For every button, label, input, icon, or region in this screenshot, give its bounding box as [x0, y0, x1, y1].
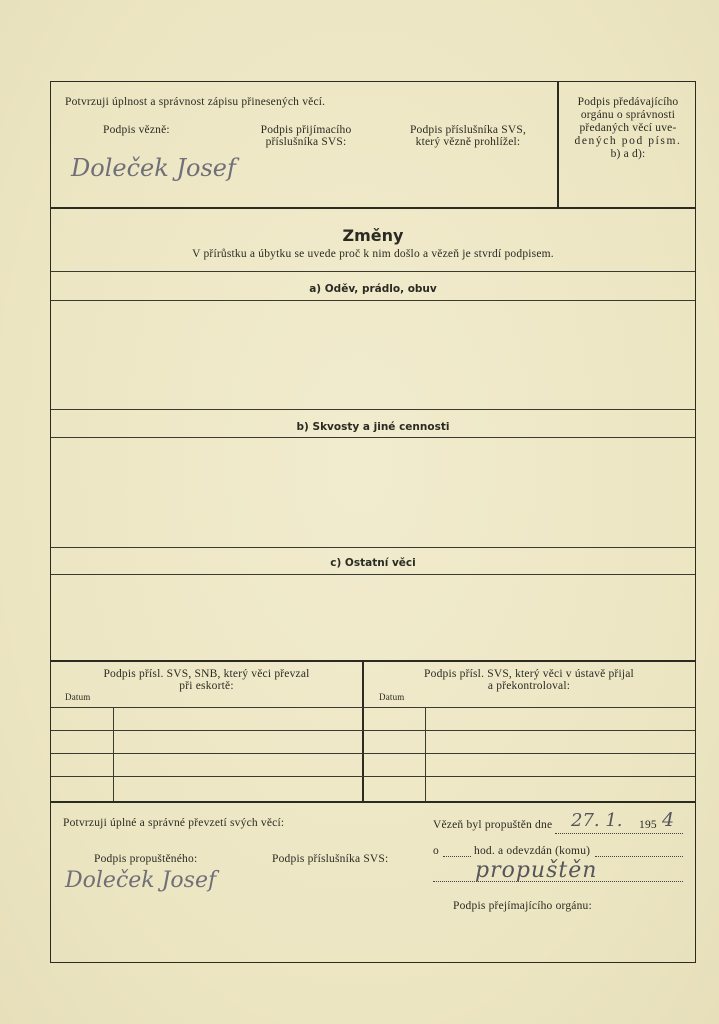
section-a-heading: a) Oděv, prádlo, obuv — [51, 283, 695, 295]
changes-title: Změny — [51, 227, 695, 245]
handover-organ-box: Podpis předávajícího orgánu o správnosti… — [561, 96, 695, 161]
released-date-handwritten: 27. 1. — [571, 810, 623, 831]
table-row-line — [51, 776, 695, 777]
top-right-divider — [557, 82, 559, 208]
sig-prisoner-label: Podpis vězně: — [103, 124, 170, 136]
divider — [51, 547, 695, 548]
changes-subtitle: V přírůstku a úbytku se uvede proč k nim… — [51, 248, 695, 260]
table-row-line — [51, 753, 695, 754]
section-b-heading: b) Skvosty a jiné cennosti — [51, 421, 695, 433]
divider — [51, 409, 695, 410]
table-row-line — [51, 707, 695, 708]
handed-to-label: hod. a odevzdán (komu) — [474, 845, 590, 857]
hour-prefix: o — [433, 845, 439, 857]
section-c-heading: c) Ostatní věci — [51, 557, 695, 569]
year-handwritten: 4 — [662, 809, 674, 831]
handed-to-dotted-line-2 — [433, 881, 683, 882]
released-date-line: Vězeň byl propuštěn dne — [433, 819, 552, 831]
hour-dotted-line — [443, 856, 471, 857]
sig-svs-label: Podpis příslušníka SVS: — [272, 853, 388, 865]
handed-to-dotted-line — [595, 856, 683, 857]
release-section-top — [51, 801, 695, 803]
right-datum-col-divider — [425, 707, 426, 801]
top-confirm-text: Potvrzuji úplnost a správnost zápisu při… — [65, 96, 325, 108]
divider — [51, 271, 695, 272]
escort-left-datum: Datum — [65, 691, 91, 703]
section-b-area — [51, 438, 695, 546]
sig-released-label: Podpis propuštěného: — [94, 853, 197, 865]
year-prefix: 195 — [639, 819, 657, 831]
section-c-area — [51, 575, 695, 659]
receiving-organ-label: Podpis přejímajícího orgánu: — [453, 900, 592, 912]
released-signature: Doleček Josef — [65, 868, 216, 893]
top-section-divider — [51, 207, 695, 209]
section-a-area — [51, 301, 695, 409]
sig-inspector-label: Podpis příslušníka SVS, který vězně proh… — [393, 124, 543, 148]
escort-right-datum: Datum — [379, 691, 405, 703]
prisoner-signature: Doleček Josef — [71, 154, 236, 182]
handed-to-handwritten: propuštěn — [475, 858, 597, 883]
escort-right-header: Podpis přísl. SVS, který věci v ústavě p… — [363, 668, 695, 692]
date-dotted-line — [555, 833, 683, 834]
escort-left-header: Podpis přísl. SVS, SNB, který věci převz… — [51, 668, 362, 692]
inventory-form: Potvrzuji úplnost a správnost zápisu při… — [50, 81, 696, 963]
left-datum-col-divider — [113, 707, 114, 801]
sig-receiving-label: Podpis přijímacího příslušníka SVS: — [251, 124, 361, 148]
table-row-line — [51, 730, 695, 731]
escort-section-top — [51, 660, 695, 662]
release-confirm-text: Potvrzuji úplné a správné převzetí svých… — [63, 817, 284, 829]
